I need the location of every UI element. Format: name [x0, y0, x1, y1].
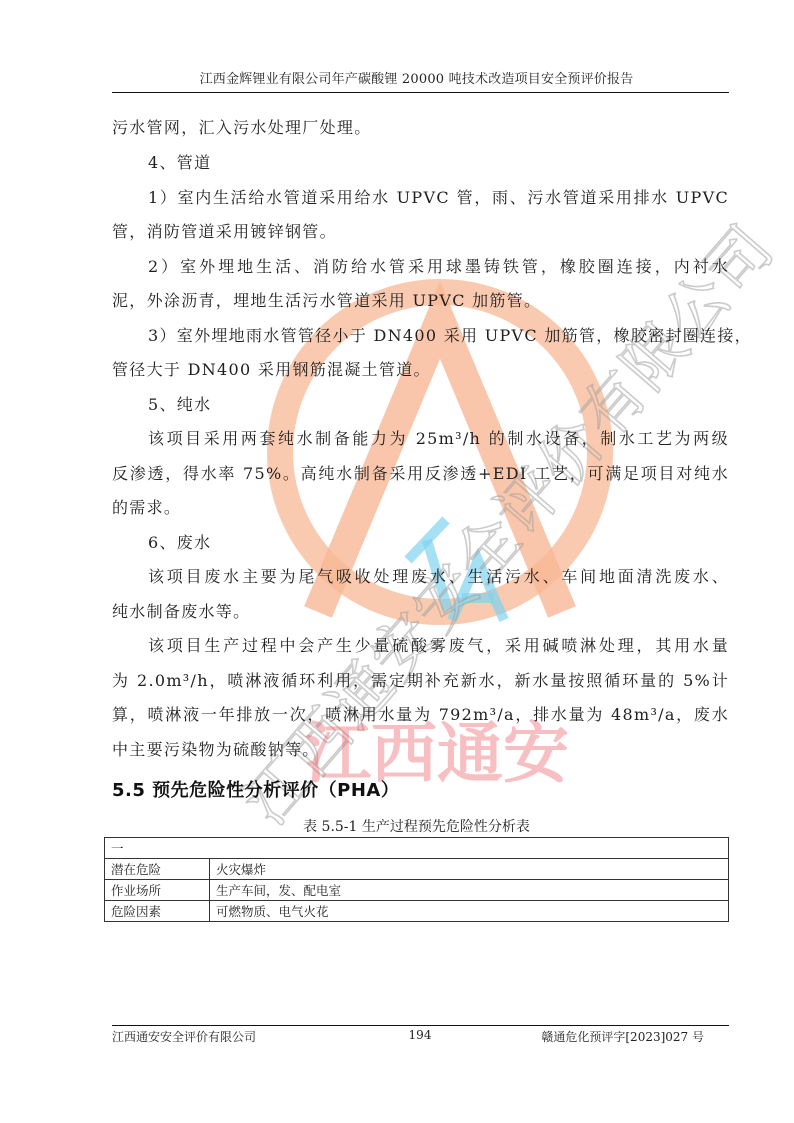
table-value-cell: 生产车间，发、配电室	[210, 880, 729, 901]
paragraph-line: 算，喷淋液一年排放一次，喷淋用水量为 792m³/a，排水量为 48m³/a，废…	[112, 702, 729, 725]
table-caption: 表 5.5-1 生产过程预先危险性分析表	[104, 816, 729, 836]
table-title-row: 一	[105, 838, 729, 859]
paragraph-line: 管，消防管道采用镀锌钢管。	[112, 219, 337, 242]
paragraph-line: 该项目生产过程中会产生少量硫酸雾废气，采用碱喷淋处理，其用水量	[148, 633, 729, 656]
subheading-pipes: 4、管道	[148, 150, 211, 173]
table-key-cell: 作业场所	[105, 880, 210, 901]
footer-company: 江西通安安全评价有限公司	[112, 1028, 256, 1045]
paragraph-line: 1）室内生活给水管道采用给水 UPVC 管，雨、污水管道采用排水 UPVC	[148, 185, 729, 208]
footer-doc-number: 赣通危化预评字[2023]027 号	[541, 1028, 704, 1045]
table-key-cell: 危险因素	[105, 901, 210, 922]
running-header-title: 江西金辉锂业有限公司年产碳酸锂 20000 吨技术改造项目安全预评价报告	[104, 68, 729, 87]
page-number: 194	[360, 1028, 480, 1042]
subheading-pure-water: 5、纯水	[148, 392, 211, 415]
document-page: 江西通安安全评价有限公司 江西通安 江西金辉锂业有限公司年产碳酸锂 20000 …	[0, 0, 794, 1123]
table-row: 危险因素 可燃物质、电气火花	[105, 901, 729, 922]
table-value-cell: 可燃物质、电气火花	[210, 901, 729, 922]
subheading-wastewater: 6、废水	[148, 530, 211, 553]
footer-divider	[112, 1025, 729, 1026]
paragraph-line: 该项目采用两套纯水制备能力为 25m³/h 的制水设备，制水工艺为两级	[148, 426, 729, 449]
section-heading: 5.5 预先危险性分析评价（PHA）	[112, 776, 399, 802]
paragraph-line: 纯水制备废水等。	[112, 599, 250, 622]
paragraph-line: 管径大于 DN400 采用钢筋混凝土管道。	[112, 357, 431, 380]
table-key-cell: 潜在危险	[105, 859, 210, 880]
table-value-cell: 火灾爆炸	[210, 859, 729, 880]
paragraph-line: 为 2.0m³/h，喷淋液循环利用，需定期补充新水，新水量按照循环量的 5%计	[112, 668, 729, 691]
paragraph-line: 污水管网，汇入污水处理厂处理。	[112, 115, 372, 138]
table-title-cell: 一	[105, 838, 729, 859]
pha-table: 一 潜在危险 火灾爆炸 作业场所 生产车间，发、配电室 危险因素 可燃物质、电气…	[104, 837, 729, 922]
paragraph-line: 2）室外埋地生活、消防给水管采用球墨铸铁管，橡胶圈连接，内衬水	[148, 254, 729, 277]
header-divider	[112, 92, 729, 93]
paragraph-line: 3）室外埋地雨水管管径小于 DN400 采用 UPVC 加筋管，橡胶密封圈连接，	[148, 323, 729, 346]
paragraph-line: 反渗透，得水率 75%。高纯水制备采用反渗透+EDI 工艺，可满足项目对纯水	[112, 461, 729, 484]
paragraph-line: 该项目废水主要为尾气吸收处理废水、生活污水、车间地面清洗废水、	[148, 564, 729, 587]
table-row: 潜在危险 火灾爆炸	[105, 859, 729, 880]
table-row: 作业场所 生产车间，发、配电室	[105, 880, 729, 901]
paragraph-line: 中主要污染物为硫酸钠等。	[112, 737, 320, 760]
paragraph-line: 泥，外涂沥青，埋地生活污水管道采用 UPVC 加筋管。	[112, 288, 541, 311]
paragraph-line: 的需求。	[112, 495, 181, 518]
